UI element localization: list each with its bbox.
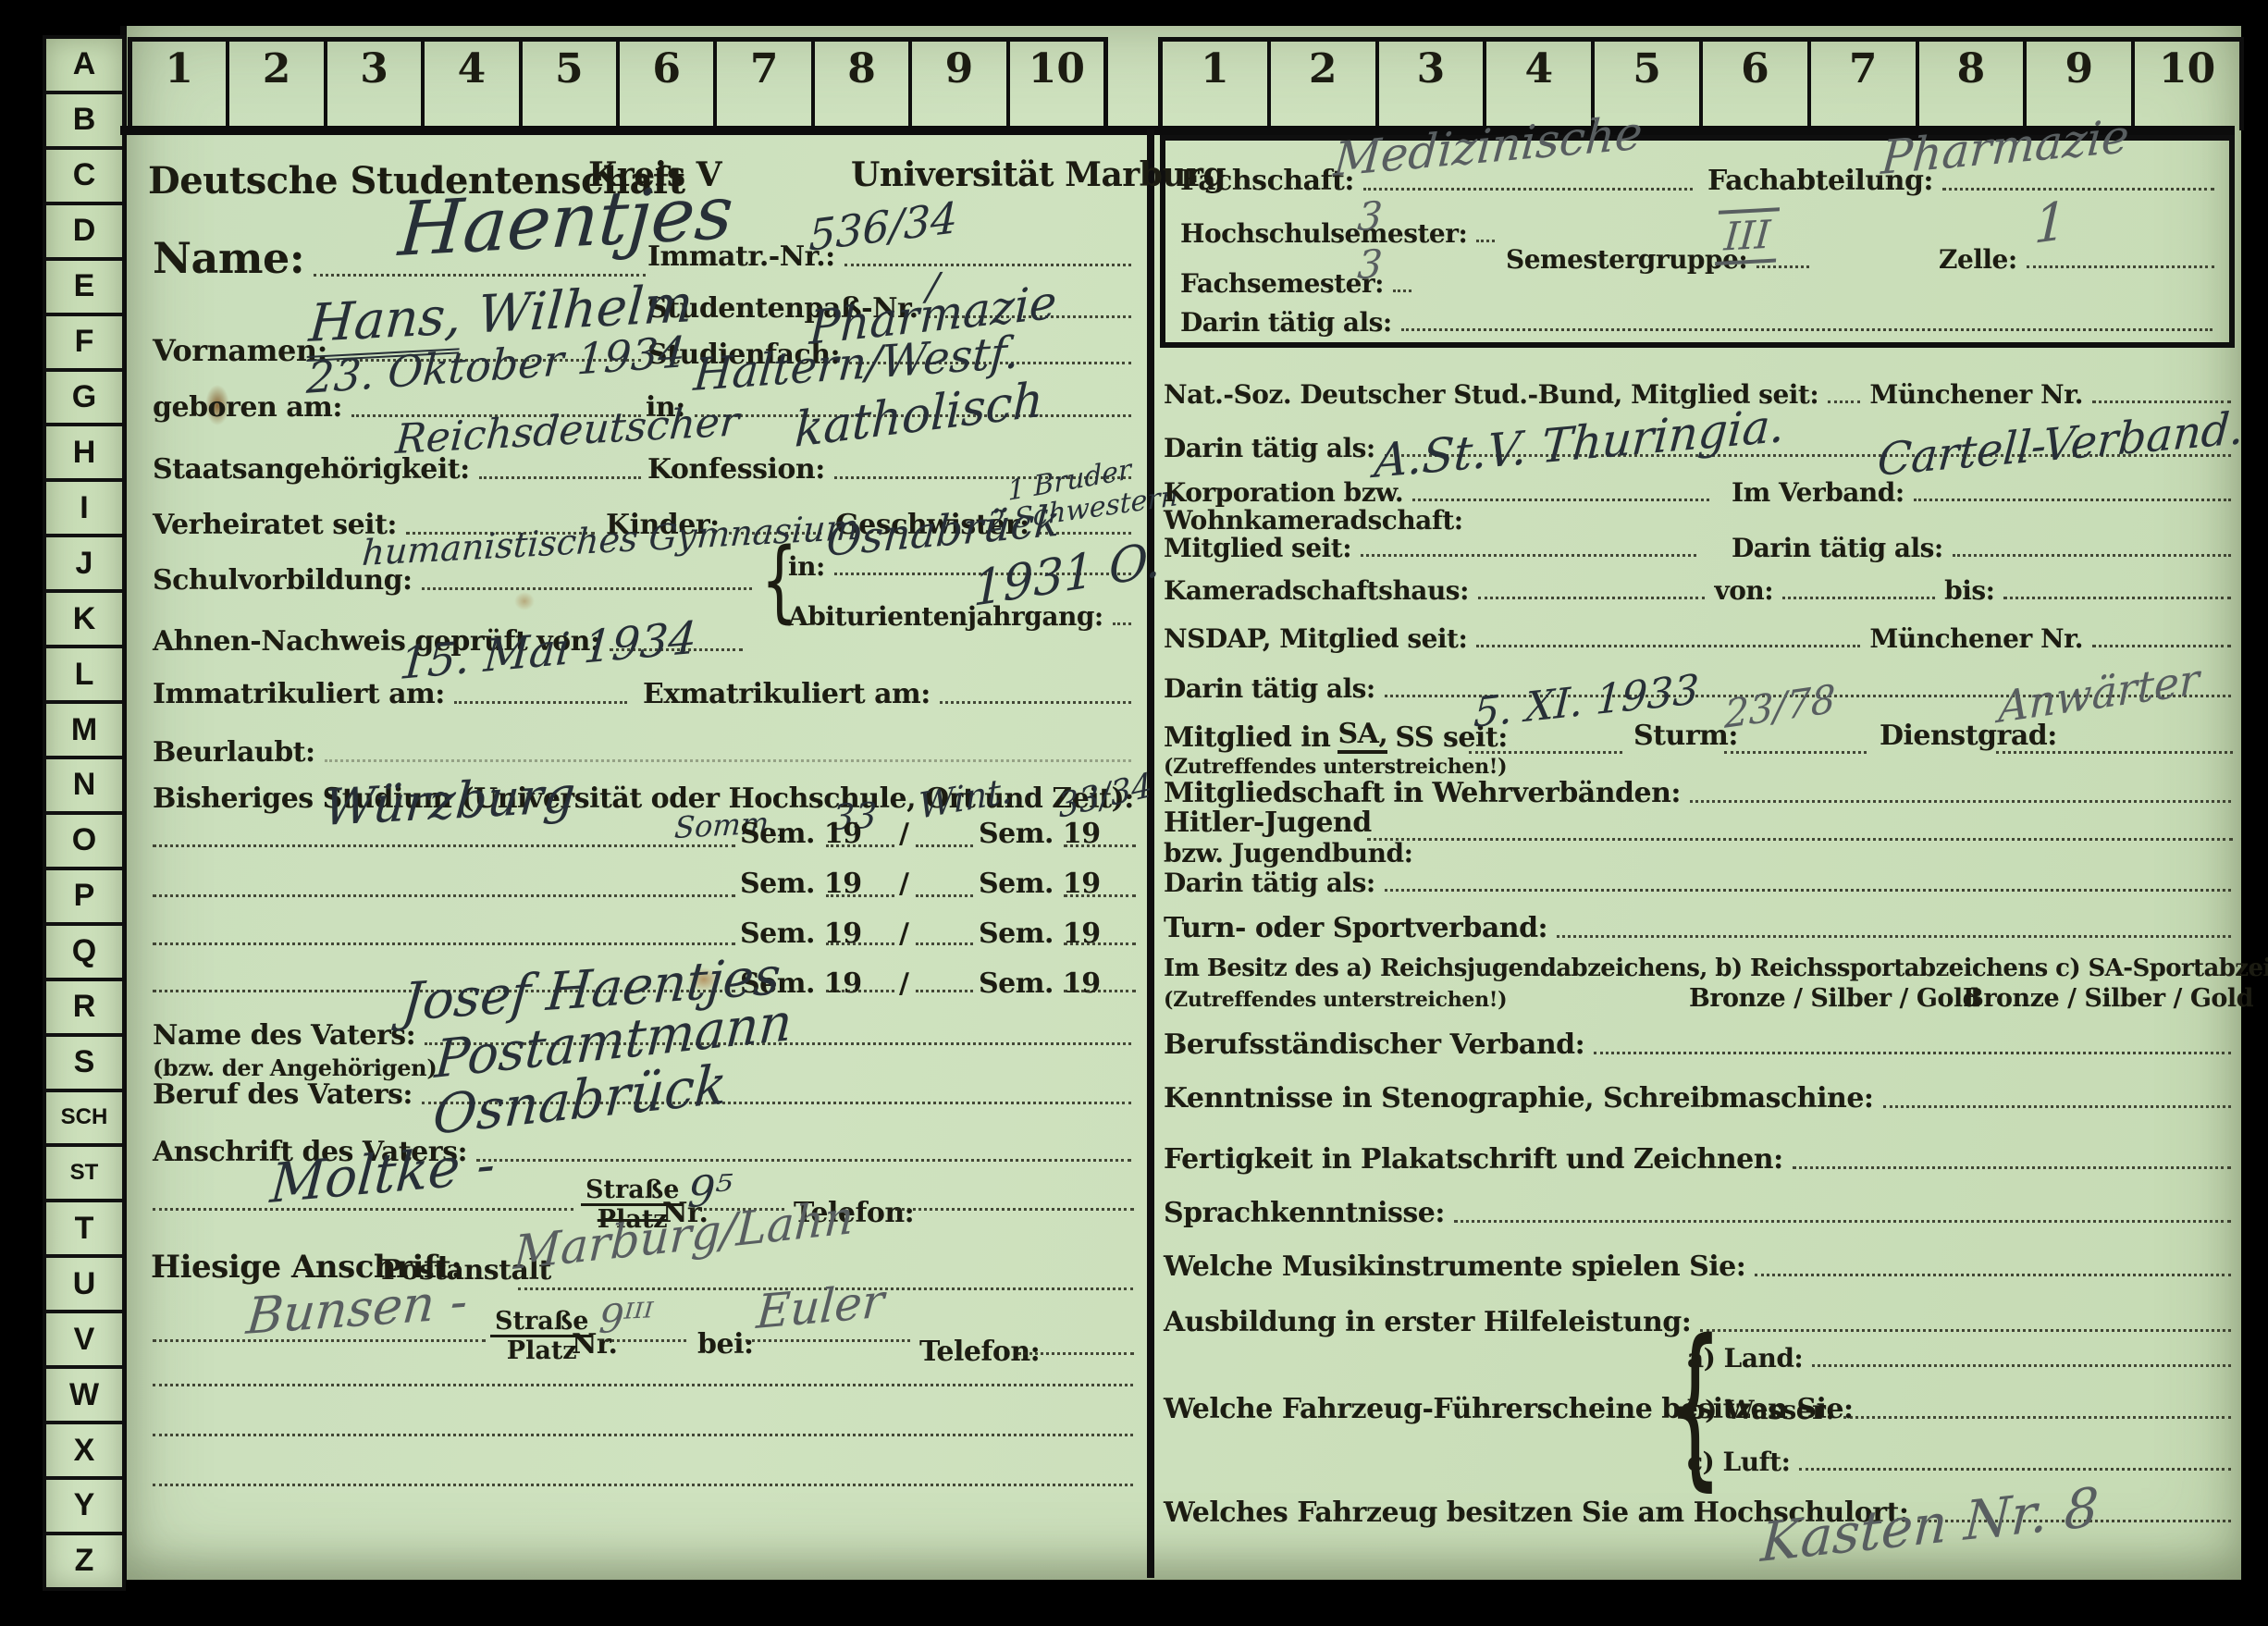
dotted-line bbox=[916, 893, 973, 897]
ruler-cell-1: 1 bbox=[132, 42, 229, 130]
bei-value: Euler bbox=[755, 1274, 886, 1339]
dotted-line bbox=[1064, 893, 1136, 897]
dotted-line bbox=[826, 843, 894, 847]
dotted-line bbox=[2092, 645, 2231, 647]
zelle-value: 1 bbox=[2033, 191, 2068, 256]
sem-print: Sem. 19 bbox=[979, 967, 1101, 1000]
ruler-cell-4: 4 bbox=[425, 42, 522, 130]
muenchener-label: Münchener Nr. bbox=[1869, 623, 2083, 654]
fachsemester-label: Fachsemester: bbox=[1180, 268, 1384, 299]
ruler-cell-2: 2 bbox=[229, 42, 327, 130]
darin-label: Darin tätig als: bbox=[1180, 307, 1392, 338]
dotted-line bbox=[826, 988, 894, 992]
dotted-line bbox=[1793, 1166, 2231, 1169]
dotted-line bbox=[2003, 597, 2231, 599]
darin-row-5: Darin tätig als: bbox=[1164, 868, 2233, 898]
dotted-line bbox=[153, 893, 735, 897]
muenchener-label: Münchener Nr. bbox=[1869, 379, 2083, 410]
sem-slash: / bbox=[899, 868, 908, 900]
wasser-row: b) Wasser: bbox=[1687, 1395, 2233, 1425]
medals-c: Bronze / Silber / Gold bbox=[1963, 984, 2253, 1013]
tab-z: Z bbox=[46, 1535, 122, 1587]
darin-label: Darin tätig als: bbox=[1164, 673, 1375, 704]
dotted-line bbox=[454, 701, 627, 704]
scanned-student-card: { "colors":{"paper":"#cbdfba","ink":"#27… bbox=[0, 0, 2268, 1626]
tab-f: F bbox=[46, 316, 122, 372]
berufsverband-label: Berufsständischer Verband: bbox=[1164, 1029, 1584, 1061]
ruler-cell-8: 8 bbox=[1919, 42, 2028, 130]
kameradschaftshaus-label: Kameradschaftshaus: bbox=[1164, 575, 1469, 606]
name-label: Name: bbox=[153, 233, 304, 283]
darin-label: Darin tätig als: bbox=[1164, 433, 1375, 463]
tab-t: T bbox=[46, 1202, 122, 1258]
dotted-line bbox=[1393, 289, 1411, 292]
sa-pre-label: Mitglied in bbox=[1164, 721, 1330, 754]
dotted-line bbox=[599, 1337, 686, 1342]
zelle-label: Zelle: bbox=[1939, 244, 2017, 275]
dotted-line bbox=[1454, 1220, 2231, 1223]
tab-k: K bbox=[46, 593, 122, 648]
ruler-cell-10: 10 bbox=[2135, 42, 2239, 130]
dotted-line bbox=[1363, 188, 1693, 191]
darin-row-1: Darin tätig als: bbox=[1180, 307, 2214, 338]
immatr-label: Immatr.-Nr.: bbox=[647, 240, 835, 273]
sem-slash: / bbox=[899, 918, 908, 950]
dotted-line bbox=[153, 1382, 1133, 1386]
abitur-row: Abiturientenjahrgang: bbox=[788, 601, 1133, 632]
tab-c: C bbox=[46, 150, 122, 205]
dotted-line bbox=[1557, 935, 2231, 938]
dotted-line bbox=[153, 843, 735, 847]
tab-b: B bbox=[46, 94, 122, 150]
tab-r: R bbox=[46, 981, 122, 1037]
dotted-line bbox=[1996, 749, 2233, 754]
sem-slash: / bbox=[899, 967, 908, 1000]
kenntnisse-row: Kenntnisse in Stenographie, Schreibmasch… bbox=[1164, 1082, 2233, 1115]
dotted-line bbox=[826, 941, 894, 945]
hitlerjugend-label-2: bzw. Jugendbund: bbox=[1164, 838, 1412, 868]
dotted-line bbox=[916, 941, 973, 945]
tab-j: J bbox=[46, 537, 122, 593]
dotted-line bbox=[1594, 1052, 2231, 1054]
musikinstrumente-row: Welche Musikinstrumente spielen Sie: bbox=[1164, 1250, 2233, 1283]
hitlerjugend-label-1: Hitler-Jugend bbox=[1164, 807, 1372, 839]
imverband-row: Im Verband: bbox=[1732, 477, 2233, 508]
dotted-line bbox=[1064, 843, 1136, 847]
wasser-label: b) Wasser: bbox=[1687, 1395, 1834, 1425]
abzeichen-label: Im Besitz des a) Reichsjugendabzeichens,… bbox=[1164, 955, 2268, 982]
immatrikuliert-row: Immatrikuliert am: bbox=[153, 678, 629, 710]
fachsemester-value: 3 bbox=[1356, 240, 1384, 288]
dotted-line bbox=[1469, 749, 1622, 754]
dotted-line bbox=[1812, 1364, 2231, 1367]
dotted-line bbox=[1412, 499, 1709, 501]
tab-v: V bbox=[46, 1313, 122, 1369]
dotted-line bbox=[940, 701, 1131, 704]
dotted-line bbox=[422, 587, 752, 590]
korporation-label: Korporation bzw. bbox=[1164, 477, 1403, 508]
bis-label: bis: bbox=[1944, 575, 1994, 606]
dotted-line bbox=[153, 941, 735, 945]
dotted-line bbox=[2092, 400, 2231, 403]
dotted-line bbox=[476, 1159, 1131, 1162]
ruler-cell-3: 3 bbox=[327, 42, 425, 130]
ruler-cell-5: 5 bbox=[523, 42, 620, 130]
wohnkameradschaft-label: Wohnkameradschaft: bbox=[1164, 505, 1463, 536]
ruler-cell-7: 7 bbox=[1811, 42, 1919, 130]
platz-label: Platz bbox=[507, 1337, 577, 1364]
tab-w: W bbox=[46, 1369, 122, 1424]
wehrverbaende-label: Mitgliedschaft in Wehrverbänden: bbox=[1164, 777, 1681, 809]
beurlaubt-label: Beurlaubt: bbox=[153, 736, 315, 769]
land-row: a) Land: bbox=[1687, 1343, 2233, 1373]
verheiratet-label: Verheiratet seit: bbox=[153, 509, 397, 541]
dotted-line bbox=[1361, 554, 1696, 557]
vater-beruf-label: Beruf des Vaters: bbox=[153, 1078, 413, 1111]
tab-st: ST bbox=[46, 1147, 122, 1202]
von-label: von: bbox=[1714, 575, 1773, 606]
dotted-line bbox=[1064, 988, 1136, 992]
ruler-cell-1: 1 bbox=[1163, 42, 1271, 130]
dotted-line bbox=[1914, 499, 2231, 501]
zelle-row: Zelle: bbox=[1939, 244, 2216, 275]
fertigkeit-row: Fertigkeit in Plakatschrift und Zeichnen… bbox=[1164, 1143, 2233, 1176]
dotted-line bbox=[844, 264, 1131, 266]
nsdap-row: NSDAP, Mitglied seit: Münchener Nr. bbox=[1164, 623, 2233, 654]
dotted-line bbox=[1401, 328, 2213, 331]
dotted-line bbox=[2027, 265, 2214, 268]
tab-h: H bbox=[46, 426, 122, 482]
bei-label: bei: bbox=[697, 1328, 754, 1361]
alphabet-tabs: ABCDEFGHIJKLMNOPQRSSCHSTTUVWXYZ bbox=[43, 35, 126, 1591]
hochschulsemester-label: Hochschulsemester: bbox=[1180, 218, 1467, 249]
tab-sch: SCH bbox=[46, 1092, 122, 1148]
ruler-cell-6: 6 bbox=[1703, 42, 1811, 130]
tab-o: O bbox=[46, 815, 122, 870]
abzeichen-note: (Zutreffendes unterstreichen!) bbox=[1164, 988, 1507, 1012]
dotted-line bbox=[1476, 645, 1860, 647]
ruler-cell-8: 8 bbox=[815, 42, 912, 130]
tab-m: M bbox=[46, 704, 122, 759]
semestergruppe-label: Semestergruppe: bbox=[1506, 244, 1747, 275]
sportverband-label: Turn- oder Sportverband: bbox=[1164, 912, 1547, 944]
tab-d: D bbox=[46, 205, 122, 261]
tab-n: N bbox=[46, 759, 122, 815]
dotted-line bbox=[325, 759, 1131, 762]
berufsverband-row: Berufsständischer Verband: bbox=[1164, 1029, 2233, 1061]
hochschulsemester-value: 3 bbox=[1356, 192, 1384, 240]
sprachkenntnisse-row: Sprachkenntnisse: bbox=[1164, 1197, 2233, 1229]
dotted-line bbox=[1385, 889, 2231, 892]
darin-row-3: Darin tätig als: bbox=[1732, 533, 2233, 563]
luft-label: c) Luft: bbox=[1687, 1447, 1790, 1477]
tab-s: S bbox=[46, 1037, 122, 1092]
tab-l: L bbox=[46, 648, 122, 704]
dotted-line bbox=[1953, 554, 2231, 557]
ruler-cell-6: 6 bbox=[620, 42, 717, 130]
schulvorbildung-row: Schulvorbildung: bbox=[153, 564, 754, 597]
dotted-line bbox=[1700, 1329, 2231, 1332]
dotted-line bbox=[1799, 1468, 2231, 1471]
vater-name-label: Name des Vaters: bbox=[153, 1019, 415, 1052]
tab-x: X bbox=[46, 1424, 122, 1480]
dotted-line bbox=[1690, 800, 2231, 803]
tab-e: E bbox=[46, 261, 122, 316]
semestergruppe-value: III bbox=[1715, 207, 1780, 265]
abitur-label: Abiturientenjahrgang: bbox=[788, 601, 1103, 632]
dotted-line bbox=[1782, 597, 1935, 599]
ruler-cell-9: 9 bbox=[912, 42, 1009, 130]
medals-b: Bronze / Silber / Gold bbox=[1689, 984, 1979, 1013]
wehrverbaende-row: Mitgliedschaft in Wehrverbänden: bbox=[1164, 777, 2233, 809]
sprachkenntnisse-label: Sprachkenntnisse: bbox=[1164, 1197, 1445, 1229]
ruler-cell-3: 3 bbox=[1379, 42, 1487, 130]
column-divider bbox=[1147, 129, 1154, 1578]
dotted-line bbox=[746, 1337, 910, 1342]
ruler-left: 12345678910 bbox=[128, 37, 1108, 130]
dotted-line bbox=[916, 843, 973, 847]
dotted-line bbox=[1883, 1105, 2232, 1108]
schulort-label: in: bbox=[788, 551, 825, 582]
vater-name-sub: (bzw. der Angehörigen) bbox=[153, 1054, 437, 1081]
dotted-line bbox=[1064, 941, 1136, 945]
dotted-line bbox=[916, 988, 973, 992]
university-title: Universität Marburg bbox=[851, 155, 1226, 194]
dotted-line bbox=[826, 893, 894, 897]
dotted-line bbox=[1843, 1416, 2231, 1419]
dotted-line bbox=[479, 476, 641, 479]
musikinstrumente-label: Welche Musikinstrumente spielen Sie: bbox=[1164, 1250, 1745, 1283]
mitglied-seit-row: Mitglied seit: bbox=[1164, 533, 1698, 563]
fertigkeit-label: Fertigkeit in Plakatschrift und Zeichnen… bbox=[1164, 1143, 1783, 1176]
sturm-label: Sturm: bbox=[1633, 720, 1738, 752]
kenntnisse-label: Kenntnisse in Stenographie, Schreibmasch… bbox=[1164, 1082, 1874, 1115]
dotted-line bbox=[153, 1432, 1133, 1436]
tab-a: A bbox=[46, 39, 122, 94]
sportverband-row: Turn- oder Sportverband: bbox=[1164, 912, 2233, 944]
dotted-line bbox=[1478, 597, 1706, 599]
ruler-cell-10: 10 bbox=[1010, 42, 1103, 130]
dotted-line bbox=[895, 1206, 1134, 1211]
sa-ss-row: Mitglied in SA, SS seit: bbox=[1164, 718, 1508, 754]
tab-i: I bbox=[46, 482, 122, 537]
dotted-line bbox=[1942, 188, 2214, 191]
vornamen-label: Vornamen: bbox=[153, 333, 327, 368]
sem-slash: / bbox=[899, 818, 908, 850]
dotted-line bbox=[1755, 1274, 2231, 1276]
tab-g: G bbox=[46, 372, 122, 427]
mitglied-seit-label: Mitglied seit: bbox=[1164, 533, 1351, 563]
dotted-line bbox=[1476, 240, 1495, 242]
dotted-line bbox=[1017, 1350, 1134, 1355]
fachschaft-label: Fachschaft: bbox=[1180, 165, 1354, 197]
dotted-line bbox=[153, 1482, 1133, 1486]
dotted-line bbox=[1828, 400, 1860, 403]
exmatrikuliert-row: Exmatrikuliert am: bbox=[643, 678, 1133, 710]
tab-q: Q bbox=[46, 926, 122, 981]
dotted-line bbox=[1756, 265, 1809, 268]
kameradschaftshaus-row: Kameradschaftshaus: von: bis: bbox=[1164, 575, 2233, 606]
sa-label: SA, bbox=[1337, 718, 1387, 754]
exmatrikuliert-label: Exmatrikuliert am: bbox=[643, 678, 931, 710]
tab-p: P bbox=[46, 870, 122, 926]
tab-u: U bbox=[46, 1258, 122, 1313]
nr2-value: 9ᴵᴵᴵ bbox=[598, 1294, 654, 1342]
land-label: a) Land: bbox=[1687, 1343, 1803, 1373]
nsdap-label: NSDAP, Mitglied seit: bbox=[1164, 623, 1467, 654]
luft-row: c) Luft: bbox=[1687, 1447, 2233, 1477]
dotted-line bbox=[1367, 836, 2233, 841]
beurlaubt-row: Beurlaubt: bbox=[153, 736, 1133, 769]
dotted-line bbox=[1113, 622, 1131, 625]
sa-note: (Zutreffendes unterstreichen!) bbox=[1164, 755, 1507, 779]
darin-label: Darin tätig als: bbox=[1732, 533, 1943, 563]
dotted-line bbox=[314, 274, 646, 277]
ausbildung-label: Ausbildung in erster Hilfeleistung: bbox=[1164, 1306, 1691, 1338]
ruler-cell-2: 2 bbox=[1271, 42, 1379, 130]
tab-y: Y bbox=[46, 1480, 122, 1535]
ruler-cell-7: 7 bbox=[717, 42, 814, 130]
dotted-line bbox=[1724, 749, 1867, 754]
darin-label: Darin tätig als: bbox=[1164, 868, 1375, 898]
